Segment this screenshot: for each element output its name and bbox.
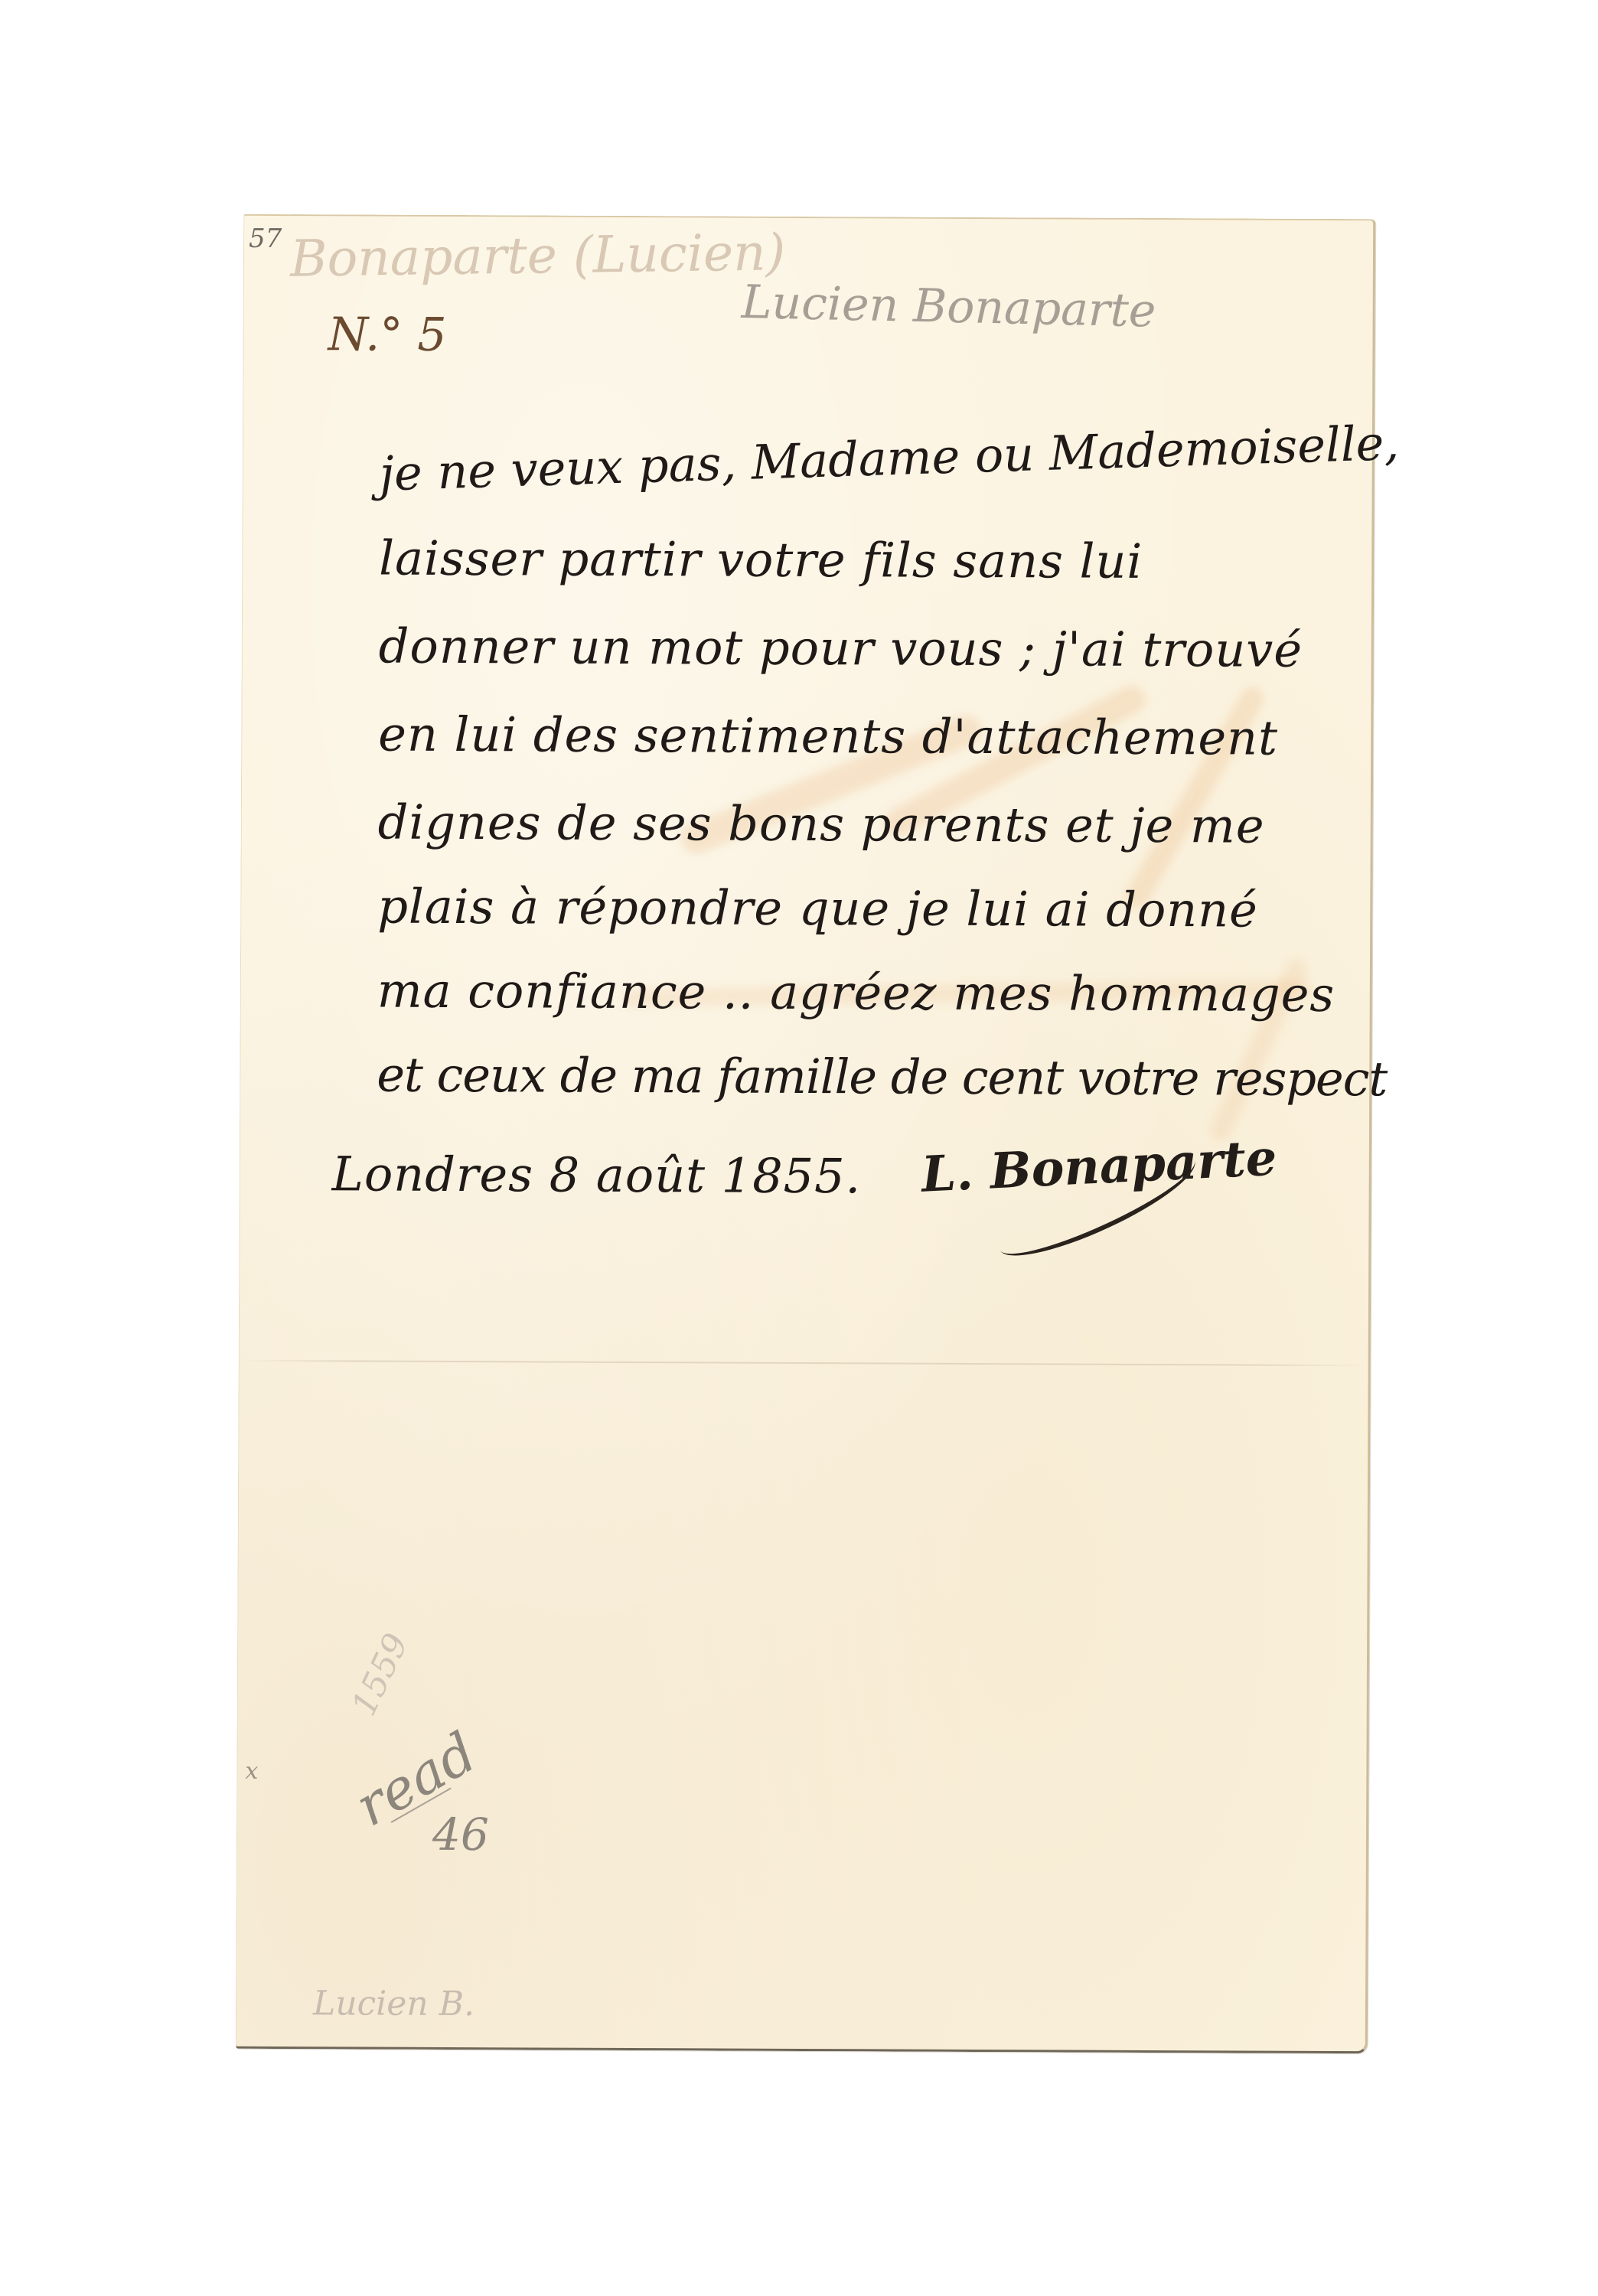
dateline: Londres 8 août 1855. bbox=[332, 1146, 862, 1204]
letter-line-2: laisser partir votre fils sans lui bbox=[379, 530, 1143, 589]
document-number: N.° 5 bbox=[328, 308, 446, 362]
paper-fold-line bbox=[240, 1360, 1368, 1366]
faint-number: 1559 bbox=[344, 1628, 416, 1722]
pencil-fraction: 46 bbox=[432, 1808, 489, 1861]
margin-mark: x bbox=[245, 1758, 258, 1785]
pencil-name-header: Lucien Bonaparte bbox=[741, 276, 1156, 338]
letter-line-3: donner un mot pour vous ; j'ai trouvé bbox=[379, 618, 1303, 678]
letter-line-1: je ne veux pas, Madame ou Mademoiselle, bbox=[379, 415, 1400, 502]
letter-paper: 57 Bonaparte (Lucien) Lucien Bonaparte N… bbox=[236, 214, 1375, 2053]
pencil-attribution: Bonaparte (Lucien) bbox=[290, 223, 786, 288]
bottom-attribution: Lucien B. bbox=[313, 1984, 475, 2024]
letter-line-5: dignes de ses bons parents et je me bbox=[378, 794, 1265, 854]
letter-line-6: plais à répondre que je lui ai donné bbox=[377, 879, 1258, 938]
letter-line-4: en lui des sentiments d'attachement bbox=[378, 706, 1278, 766]
folio-number: 57 bbox=[249, 223, 282, 254]
letter-line-7: ma confiance .. agréez mes hommages bbox=[377, 963, 1335, 1022]
letter-line-8: et ceux de ma famille de cent votre resp… bbox=[377, 1047, 1387, 1107]
